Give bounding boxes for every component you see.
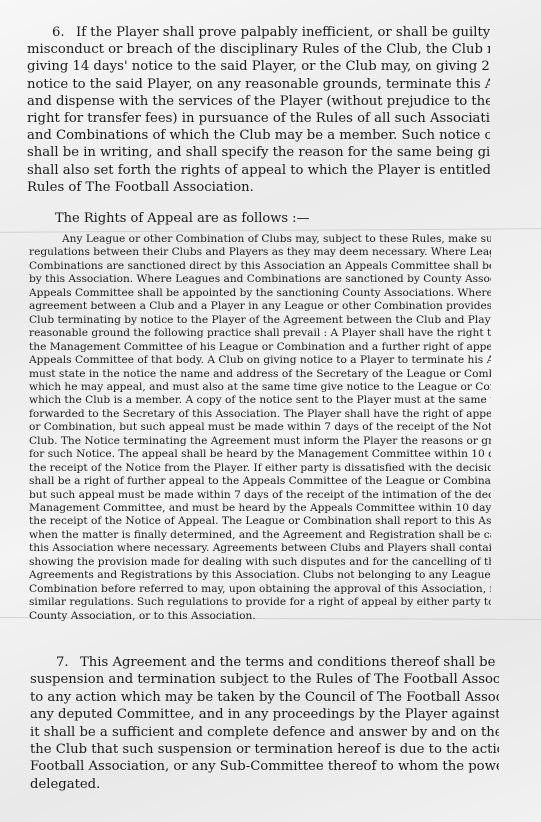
appeal-text-line: Appeals Committee of that body. A Club o… <box>29 354 491 366</box>
clause-text-line: This Agreement and the terms and conditi… <box>80 655 499 670</box>
clause-text-line: notice to the said Player, on any reason… <box>27 77 490 92</box>
appeal-text-line: for such Notice. The appeal shall be hea… <box>29 448 491 460</box>
appeal-text-line: the Management Committee of his League o… <box>29 341 491 353</box>
appeal-text-line: Combination before referred to may, upon… <box>29 583 491 595</box>
appeal-text-line: Appeals Committee shall be appointed by … <box>29 287 491 299</box>
clause-text-line: Football Association, or any Sub-Committ… <box>30 759 499 774</box>
appeal-text-line: agreement between a Club and a Player in… <box>29 300 491 312</box>
appeal-text-line: Management Committee, and must be heard … <box>29 502 491 514</box>
appeal-text-line: regulations between their Clubs and Play… <box>29 246 491 258</box>
clause-text-line: the Club that such suspension or termina… <box>30 742 499 757</box>
appeal-text-line: this Association where necessary. Agreem… <box>29 542 491 554</box>
scanned-document-page: 6.If the Player shall prove palpably ine… <box>0 0 541 822</box>
appeal-text-line: which he may appeal, and must also at th… <box>29 381 491 393</box>
appeal-text-line: Club. The Notice terminating the Agreeme… <box>29 435 491 447</box>
appeal-text-line: which the Club is a member. A copy of th… <box>29 394 491 406</box>
appeal-text-line: by this Association. Where Leagues and C… <box>29 273 491 285</box>
clause-text-line: right for transfer fees) in pursuance of… <box>27 111 490 126</box>
appeal-text-line: Combinations are sanctioned direct by th… <box>29 260 491 272</box>
clause-text-line: giving 14 days' notice to the said Playe… <box>27 59 490 74</box>
clause-text-line: any deputed Committee, and in any procee… <box>30 707 499 722</box>
appeal-text-line: must state in the notice the name and ad… <box>29 368 491 380</box>
clause-text-line: delegated. <box>30 777 499 792</box>
appeal-text-line: when the matter is finally determined, a… <box>29 529 491 541</box>
clause-number: 7. <box>56 655 81 670</box>
appeal-text-line: shall be a right of further appeal to th… <box>29 475 491 487</box>
clause-text-line: If the Player shall prove palpably ineff… <box>76 25 490 40</box>
appeal-text-line: County Association, or to this Associati… <box>29 610 491 622</box>
appeal-text-line: the receipt of the Notice of Appeal. The… <box>29 515 491 527</box>
appeal-text-line: the receipt of the Notice from the Playe… <box>29 462 491 474</box>
clause-text-line: it shall be a sufficient and complete de… <box>30 725 499 740</box>
appeal-text-line: but such appeal must be made within 7 da… <box>29 489 491 501</box>
appeal-text-line: Any League or other Combination of Clubs… <box>62 233 491 245</box>
appeal-text-line: Agreements and Registrations by this Ass… <box>29 569 491 581</box>
appeal-text-line: Club terminating by notice to the Player… <box>29 314 491 326</box>
appeal-text-line: reasonable ground the following practice… <box>29 327 491 339</box>
clause-text-line: shall also set forth the rights of appea… <box>27 163 490 178</box>
clause-text-line: to any action which may be taken by the … <box>30 690 499 705</box>
appeal-text-line: showing the provision made for dealing w… <box>29 556 491 568</box>
clause-text-line: and Combinations of which the Club may b… <box>27 128 490 143</box>
appeal-text-line: forwarded to the Secretary of this Assoc… <box>29 408 491 420</box>
clause-text-line: Rules of The Football Association. <box>27 180 490 195</box>
section-heading: The Rights of Appeal are as follows :— <box>55 211 315 226</box>
clause-number: 6. <box>52 25 77 40</box>
clause-text-line: shall be in writing, and shall specify t… <box>27 145 490 160</box>
appeal-text-line: or Combination, but such appeal must be … <box>29 421 491 433</box>
clause-text-line: misconduct or breach of the disciplinary… <box>27 42 490 57</box>
appeal-text-line: similar regulations. Such regulations to… <box>29 596 491 608</box>
clause-text-line: suspension and termination subject to th… <box>30 672 499 687</box>
clause-text-line: and dispense with the services of the Pl… <box>27 94 490 109</box>
